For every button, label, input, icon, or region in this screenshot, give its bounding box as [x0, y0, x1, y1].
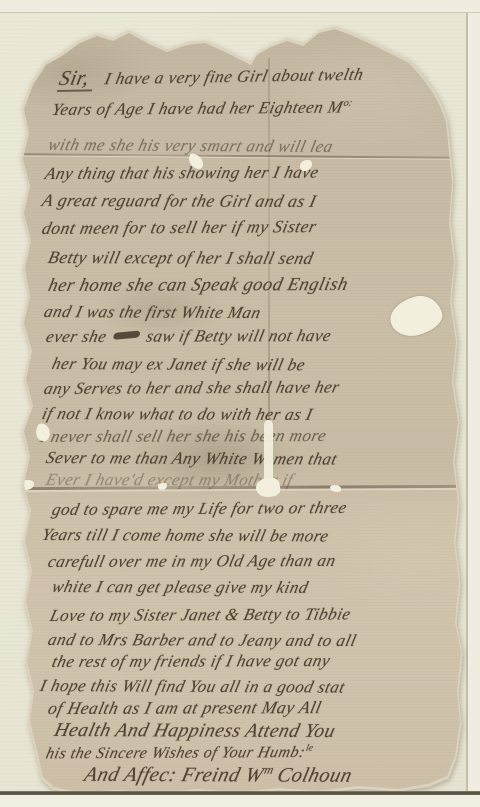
- line-text: her home she can Speak good English: [46, 275, 350, 296]
- letter-line: white I can get please give my kind: [50, 577, 310, 598]
- letter-line: Years till I come home she will be more: [40, 525, 331, 546]
- letter-line: if not I know what to do with her as I: [40, 404, 315, 425]
- line-text: of Health as I am at present May All: [46, 697, 323, 718]
- line-text: A great reguard for the Girl and as I: [40, 190, 318, 211]
- line-text: Health And Happiness Attend You: [52, 720, 337, 742]
- letter-text: Sir,I have a very fine Girl about twelth…: [0, 0, 480, 807]
- letter-line: and to Mrs Barber and to Jeany and to al…: [46, 630, 358, 651]
- line-text: dont meen for to sell her if my Sister: [40, 216, 319, 238]
- superscript: le: [305, 743, 314, 754]
- letter-line: Sever to me than Any White Women that: [44, 448, 339, 470]
- salutation: Sir,: [57, 65, 98, 92]
- letter-line: I never shall sell her she his been more: [38, 426, 328, 447]
- letter-line: carefull over me in my Old Age than an: [46, 551, 338, 572]
- letter-line: with me she his very smart and will lea: [46, 135, 335, 157]
- letter-line: her home she can Speak good English: [46, 275, 350, 297]
- letter-line: Ever I have'd except my Mother if: [44, 470, 295, 490]
- line-text: Years till I come home she will be more: [40, 525, 331, 545]
- line-text: Betty will except of her I shall send: [46, 247, 315, 268]
- line-text: Years of Age I have had her Eighteen M: [50, 97, 345, 119]
- scanned-letter-page: Sir,I have a very fine Girl about twelth…: [0, 0, 480, 807]
- letter-line: dont meen for to sell her if my Sister: [40, 216, 319, 239]
- letter-line: Love to my Sister Janet & Betty to Tibbi…: [48, 604, 353, 626]
- line-text: carefull over me in my Old Age than an: [46, 551, 338, 571]
- letter-line: god to spare me my Life for two or three: [50, 498, 349, 520]
- signature-line: And Affec: Freind Wm Colhoun: [82, 762, 355, 788]
- line-text: Ever I have'd except my Mother if: [44, 470, 295, 489]
- line-text: Sever to me than Any White Women that: [44, 448, 339, 469]
- line-text: Colhoun: [270, 764, 355, 786]
- letter-line: Any thing that his showing her I have: [43, 163, 321, 184]
- line-text: any Serves to her and she shall have her: [42, 377, 341, 398]
- line-text: I have a very fine Girl about twelth: [103, 65, 365, 88]
- letter-paper-wrap: Sir,I have a very fine Girl about twelth…: [0, 0, 480, 807]
- superscript: o:: [343, 98, 354, 109]
- letter-line: A great reguard for the Girl and as I: [40, 190, 319, 212]
- letter-paper: Sir,I have a very fine Girl about twelth…: [0, 0, 480, 807]
- letter-line: Health And Happiness Attend You: [52, 720, 338, 743]
- letter-line: her You may ex Janet if she will be: [50, 354, 307, 375]
- letter-line: and I was the first White Man: [42, 302, 263, 323]
- line-text: god to spare me my Life for two or three: [50, 498, 349, 519]
- line-text: her You may ex Janet if she will be: [50, 354, 307, 374]
- ink-blot-strikeout: [113, 331, 140, 340]
- letter-line: the rest of my friends if I have got any: [50, 651, 332, 672]
- line-text: the rest of my friends if I have got any: [50, 651, 332, 671]
- letter-line: Betty will except of her I shall send: [46, 247, 316, 269]
- line-text: And Affec: Freind W: [82, 764, 266, 787]
- line-text: I hope this Will find You all in a good …: [38, 676, 347, 697]
- letter-line: Years of Age I have had her Eighteen Mo:: [50, 97, 354, 120]
- letter-line: Sir,I have a very fine Girl about twelth: [57, 61, 366, 91]
- line-text: and I was the first White Man: [42, 302, 263, 322]
- line-text: I never shall sell her she his been more: [38, 426, 328, 446]
- line-text: if not I know what to do with her as I: [40, 404, 314, 424]
- letter-line: ever shesaw if Betty will not have: [44, 326, 333, 347]
- letter-line: any Serves to her and she shall have her: [42, 377, 342, 399]
- line-text: with me she his very smart and will lea: [46, 135, 335, 156]
- scan-bottom-strip: [0, 795, 480, 807]
- line-text: ever she: [44, 327, 109, 346]
- line-text: Love to my Sister Janet & Betty to Tibbi…: [48, 604, 353, 625]
- letter-line: of Health as I am at present May All: [46, 697, 324, 719]
- line-text: his the Sincere Wishes of Your Humb:: [44, 744, 307, 762]
- line-text: saw if Betty will not have: [144, 326, 333, 346]
- line-text: and to Mrs Barber and to Jeany and to al…: [46, 630, 358, 650]
- line-text: Any thing that his showing her I have: [43, 163, 321, 183]
- letter-line: I hope this Will find You all in a good …: [38, 676, 347, 698]
- line-text: white I can get please give my kind: [50, 577, 310, 597]
- letter-line: his the Sincere Wishes of Your Humb:le: [44, 743, 314, 764]
